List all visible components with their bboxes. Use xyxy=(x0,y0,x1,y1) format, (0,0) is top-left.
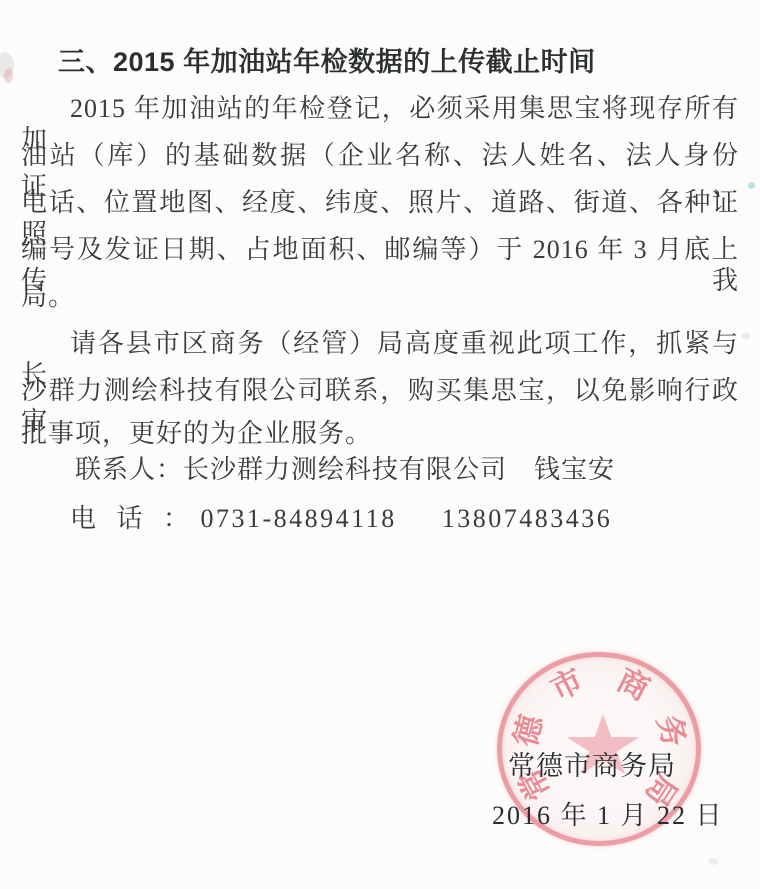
scan-speck xyxy=(741,333,750,339)
scan-speck xyxy=(748,182,755,189)
body-line-8: 批事项，更好的为企业服务。 xyxy=(21,418,739,449)
section-title: 三、2015 年加油站年检数据的上传截止时间 xyxy=(58,40,596,79)
contact-person-line: 联系人：长沙群力测绘科技有限公司 钱宝安 xyxy=(75,449,615,486)
scan-speck xyxy=(708,858,718,865)
scan-smudge xyxy=(4,68,13,83)
body-line-5: 局。 xyxy=(21,281,739,312)
issuer-signature: 常德市商务局 xyxy=(508,744,676,783)
scanned-document-page: 三、2015 年加油站年检数据的上传截止时间 2015 年加油站的年检登记，必须… xyxy=(0,0,760,889)
contact-phone-line: 电 话 ： 0731-84894118 13807483436 xyxy=(70,498,612,535)
issue-date: 2016 年 1 月 22 日 xyxy=(492,795,724,832)
